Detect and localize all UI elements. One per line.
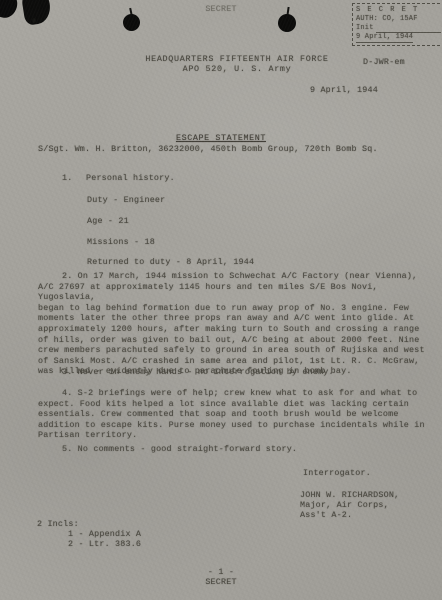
stamp-secret: S E C R E T xyxy=(356,6,441,15)
document-title-wrap: ESCAPE STATEMENT xyxy=(0,122,442,143)
signature-position: Ass't A-2. xyxy=(300,510,352,521)
enclosure-item-2: 2 - Ltr. 383.6 xyxy=(68,539,141,550)
enclosures-heading: 2 Incls: xyxy=(37,519,79,530)
enclosure-item-1: 1 - Appendix A xyxy=(68,529,141,540)
office-reference: D-JWR-em xyxy=(363,57,405,68)
item1-text: Personal history. xyxy=(86,173,175,184)
item1-sub-duty: Duty - Engineer xyxy=(87,195,165,206)
scanned-document-page: SECRET S E C R E T AUTH: CO, 15AF Init 9… xyxy=(0,0,442,600)
signature-name: JOHN W. RICHARDSON, xyxy=(300,490,399,501)
page-number: - 1 - xyxy=(0,567,442,578)
document-title: ESCAPE STATEMENT xyxy=(176,133,266,143)
signature-label: Interrogator. xyxy=(303,468,371,479)
classification-stamp: S E C R E T AUTH: CO, 15AF Init 9 April,… xyxy=(352,3,442,46)
paragraph-4: 4. S-2 briefings were of help; crew knew… xyxy=(38,388,440,441)
subject-line: S/Sgt. Wm. H. Britton, 36232000, 450th B… xyxy=(38,144,378,155)
item1-sub-returned: Returned to duty - 8 April, 1944 xyxy=(87,257,254,268)
paragraph-5: 5. No comments - good straight-forward s… xyxy=(38,444,440,455)
stamp-date: 9 April, 1944 xyxy=(356,33,413,43)
hole-punch-mark xyxy=(123,14,140,31)
hole-punch-mark xyxy=(278,14,296,32)
scan-artifact xyxy=(32,18,36,23)
item1-sub-missions: Missions - 18 xyxy=(87,237,155,248)
paragraph-2: 2. On 17 March, 1944 mission to Schwecha… xyxy=(38,271,440,377)
classification-bottom: SECRET xyxy=(0,577,442,588)
item1-number: 1. xyxy=(62,173,72,184)
stamp-init-rule xyxy=(376,25,441,33)
item1-sub-age: Age - 21 xyxy=(87,216,129,227)
stamp-init-label: Init xyxy=(356,24,374,33)
stamp-auth: AUTH: CO, 15AF xyxy=(356,15,441,24)
document-date: 9 April, 1944 xyxy=(310,85,378,96)
signature-rank: Major, Air Corps, xyxy=(300,500,389,511)
paragraph-3: 3. Never in enemy hands - no interrogati… xyxy=(38,367,440,378)
